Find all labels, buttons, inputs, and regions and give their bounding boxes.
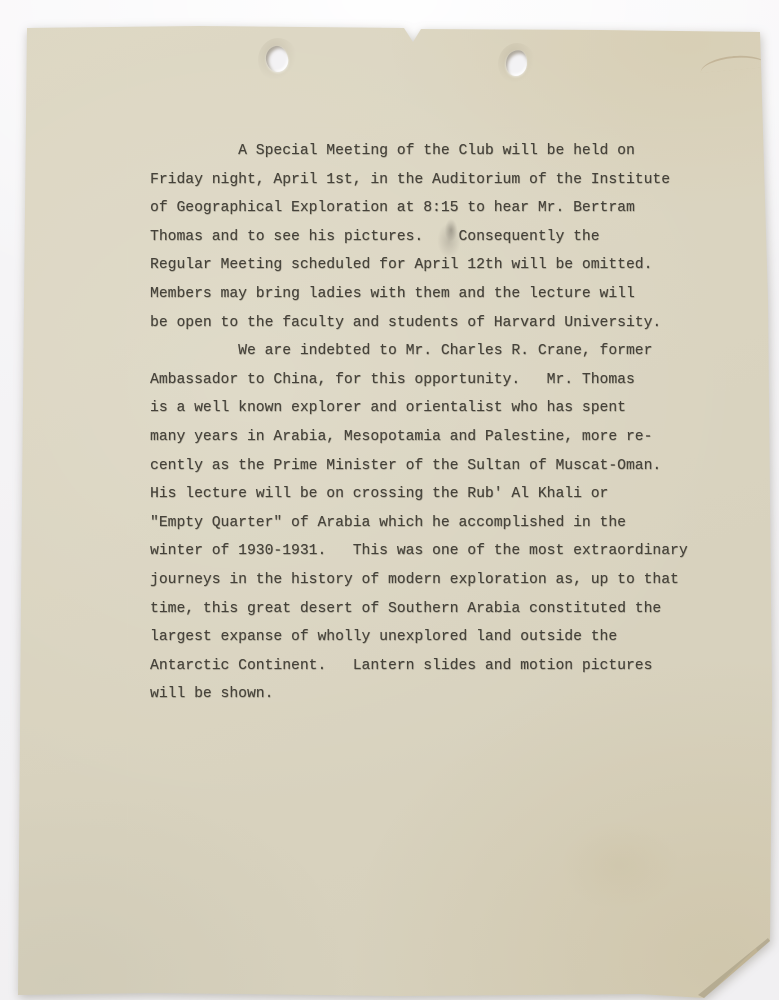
text-line: Members may bring ladies with them and t… [150,280,710,309]
text-line: We are indebted to Mr. Charles R. Crane,… [150,337,710,366]
text-line: Friday night, April 1st, in the Auditori… [150,166,710,195]
text-line: journeys in the history of modern explor… [150,566,710,595]
text-line: will be shown. [150,680,710,709]
text-line: many years in Arabia, Mesopotamia and Pa… [150,423,710,452]
text-line: A Special Meeting of the Club will be he… [150,137,710,166]
text-line: Thomas and to see his pictures. Conseque… [150,223,710,252]
text-line: winter of 1930-1931. This was one of the… [150,537,710,566]
text-line: "Empty Quarter" of Arabia which he accom… [150,509,710,538]
pencil-scratch-mark [700,53,769,73]
photo-backdrop: A Special Meeting of the Club will be he… [0,0,779,1000]
notice-body-text: A Special Meeting of the Club will be he… [150,137,710,709]
text-line: Regular Meeting scheduled for April 12th… [150,251,710,280]
text-line: His lecture will be on crossing the Rub'… [150,480,710,509]
text-line: of Geographical Exploration at 8:15 to h… [150,194,710,223]
paper-shadow-wrap: A Special Meeting of the Club will be he… [0,0,779,1000]
text-line: Ambassador to China, for this opportunit… [150,366,710,395]
text-line: cently as the Prime Minister of the Sult… [150,452,710,481]
text-line: is a well known explorer and orientalist… [150,394,710,423]
typewritten-page: A Special Meeting of the Club will be he… [0,0,779,1000]
text-line: Antarctic Continent. Lantern slides and … [150,652,710,681]
text-line: time, this great desert of Southern Arab… [150,595,710,624]
paper-discoloration [560,820,680,910]
text-line: largest expanse of wholly unexplored lan… [150,623,710,652]
text-line: be open to the faculty and students of H… [150,309,710,338]
